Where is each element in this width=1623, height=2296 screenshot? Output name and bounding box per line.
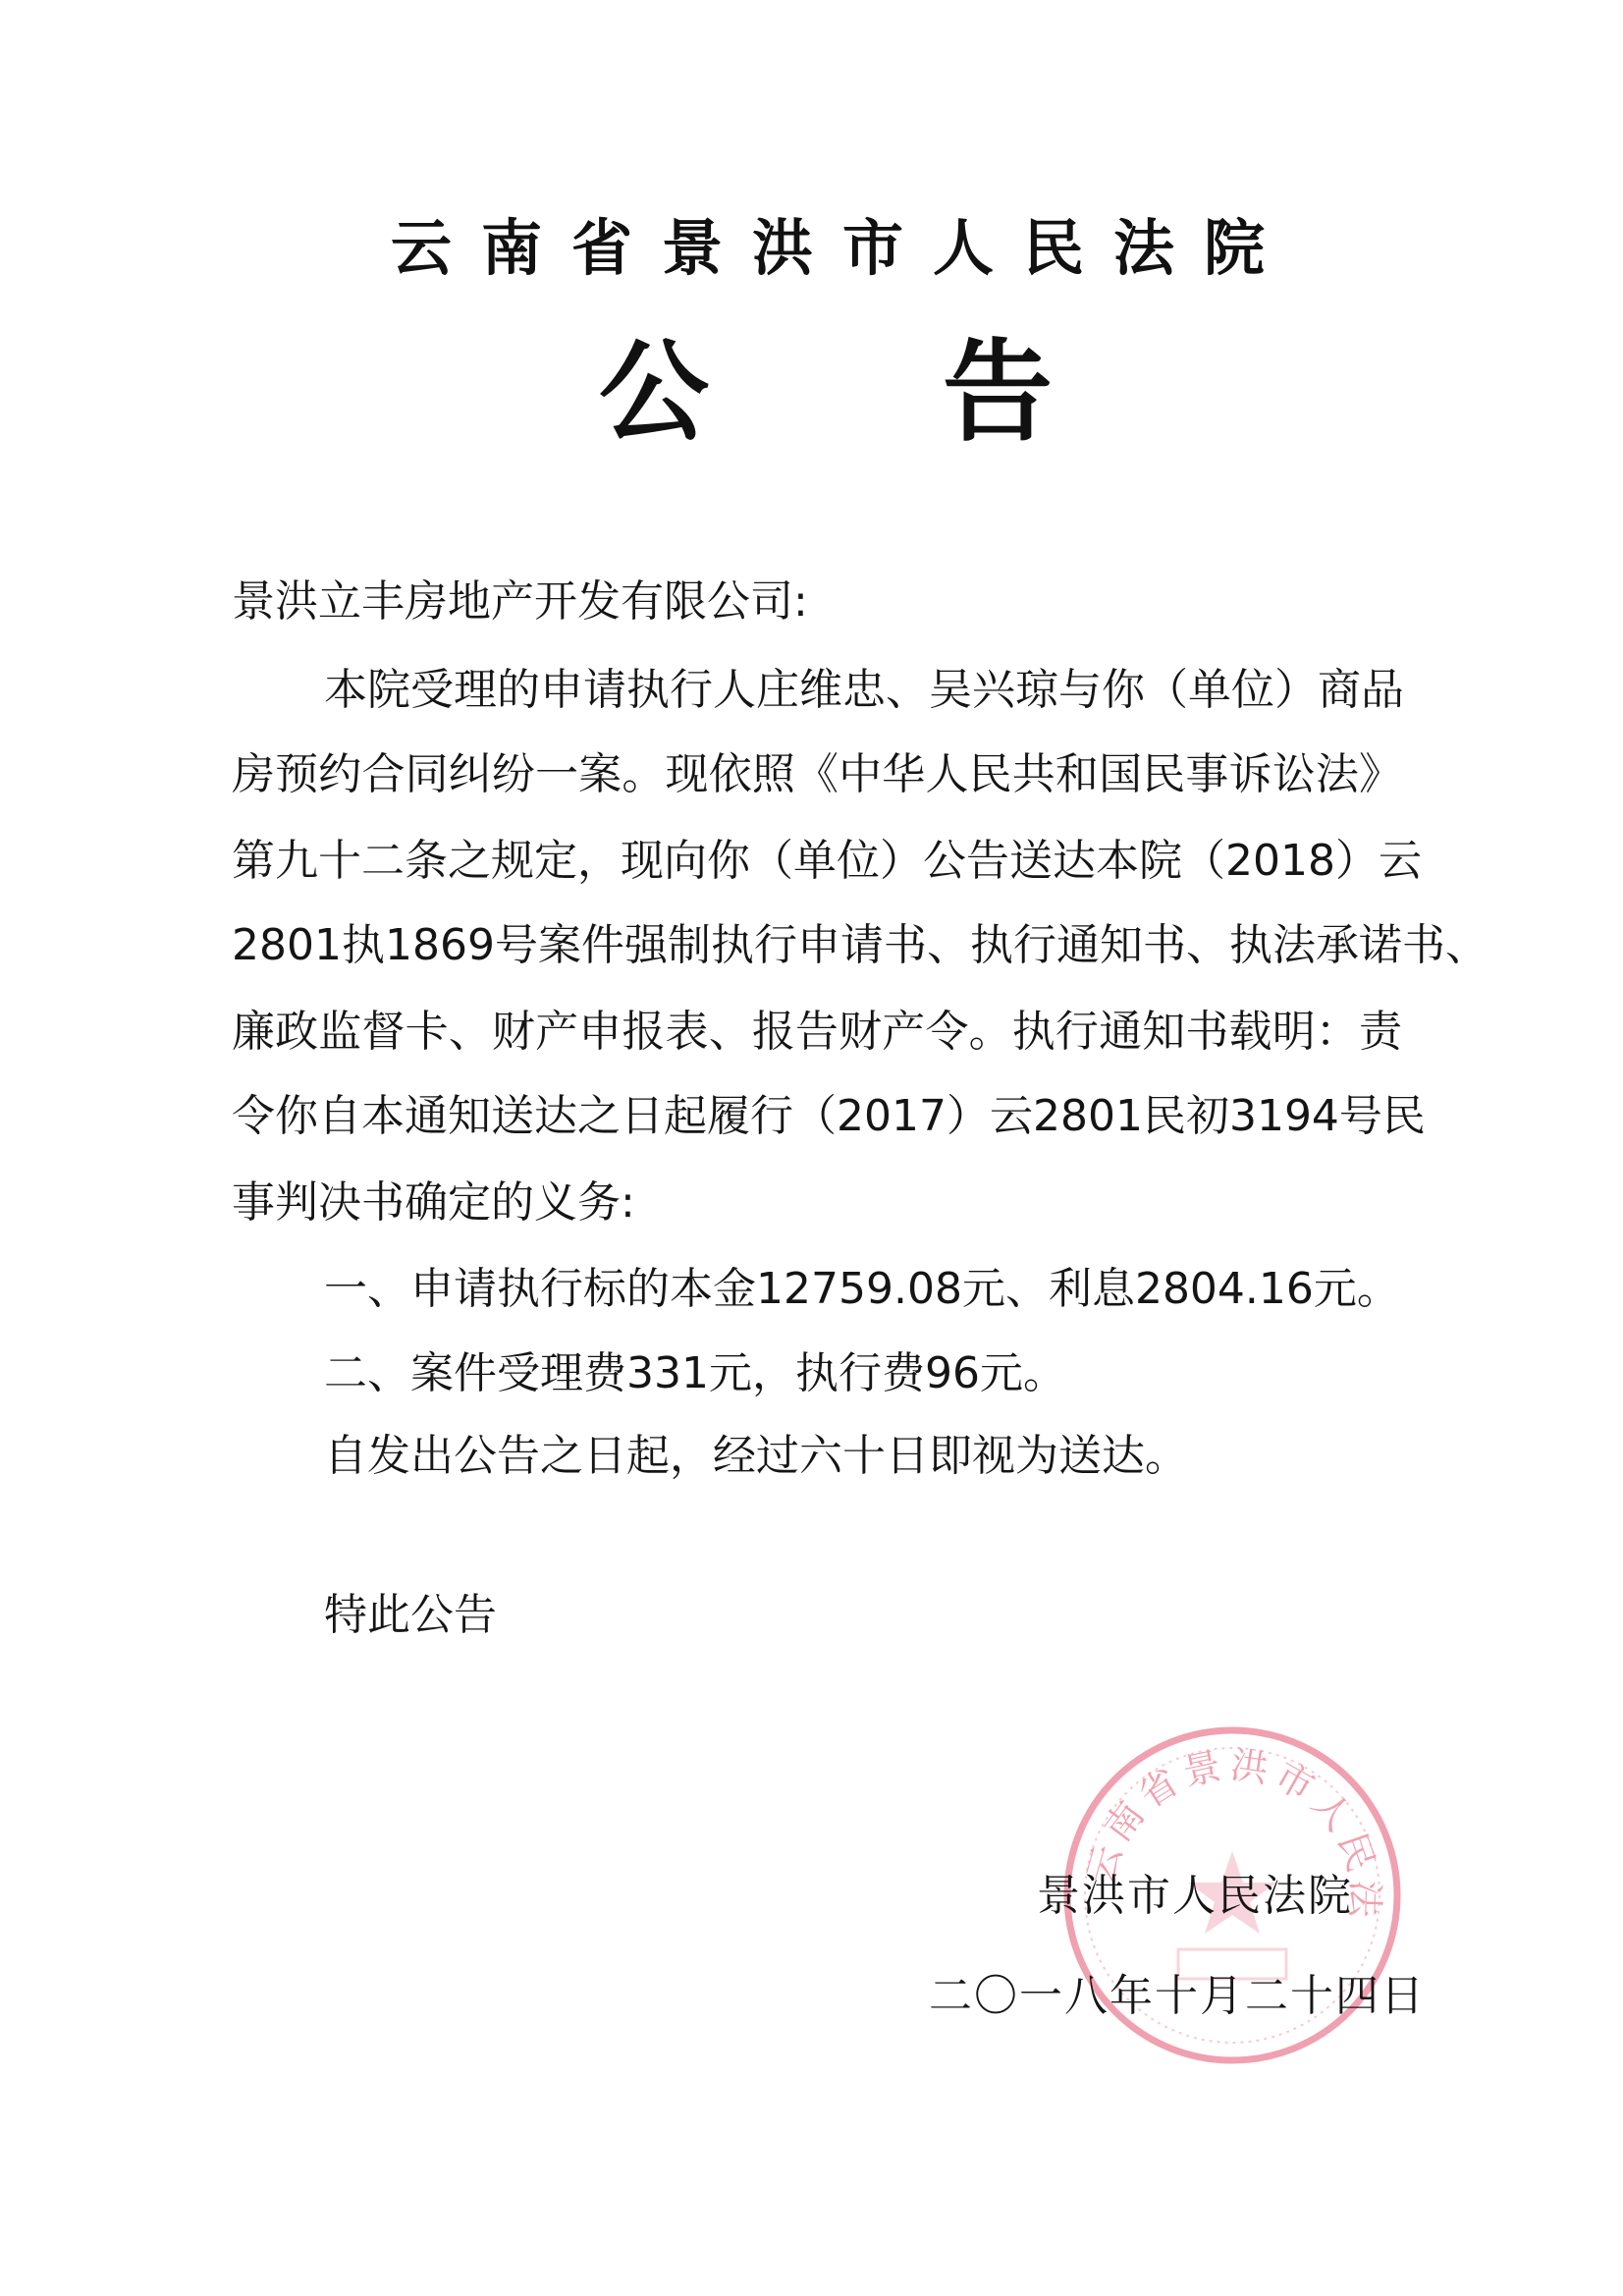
body-line: 第九十二条之规定，现向你（单位）公告送达本院（2018）云	[232, 837, 1402, 886]
body-line: 2801执1869号案件强制执行申请书、执行通知书、执法承诺书、	[232, 921, 1402, 970]
body-line: 本院受理的申请执行人庄维忠、吴兴琼与你（单位）商品	[324, 666, 1402, 715]
notice-title-char-1: 公	[599, 334, 709, 452]
body-line: 房预约合同纠纷一案。现依照《中华人民共和国民事诉讼法》	[232, 750, 1402, 799]
issuer-signature: 景洪市人民法院	[1037, 1872, 1353, 1921]
issue-date: 二〇一八年十月二十四日	[929, 1972, 1426, 2021]
body-line: 令你自本通知送达之日起履行（2017）云2801民初3194号民	[232, 1092, 1402, 1141]
addressee: 景洪立丰房地产开发有限公司:	[232, 577, 808, 627]
obligation-item-1: 一、申请执行标的本金12759.08元、利息2804.16元。	[324, 1265, 1400, 1314]
court-name-heading: 云南省景洪市人民法院	[391, 214, 1294, 283]
notice-title-char-2: 告	[943, 334, 1053, 452]
service-clause: 自发出公告之日起，经过六十日即视为送达。	[324, 1432, 1188, 1481]
body-line: 廉政监督卡、财产申报表、报告财产令。执行通知书载明：责	[232, 1008, 1402, 1057]
obligation-item-2: 二、案件受理费331元，执行费96元。	[324, 1349, 1066, 1398]
closing-statement: 特此公告	[324, 1591, 497, 1640]
body-line: 事判决书确定的义务:	[232, 1178, 635, 1228]
